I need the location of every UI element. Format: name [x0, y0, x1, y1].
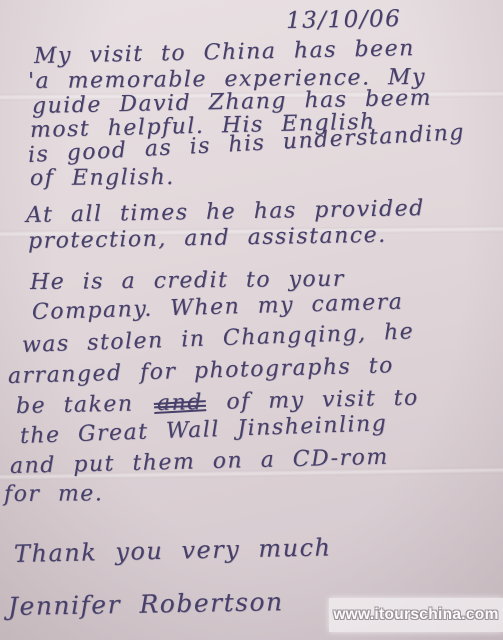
handwritten-line: was stolen in Changqing, he [22, 319, 415, 358]
letter-date: 13/10/06 [286, 6, 402, 34]
handwritten-line: for me. [4, 481, 103, 507]
handwritten-line: arranged for photographs to [8, 353, 394, 389]
handwritten-line: of English. [30, 165, 175, 191]
crossed-out-word-text: and [157, 390, 203, 416]
line-text-after-strike: of my visit to [226, 386, 419, 415]
line-text-before-strike: be taken [16, 392, 134, 419]
handwritten-line: He is a credit to your [30, 267, 345, 295]
handwritten-line: Company. When my camera [32, 290, 404, 325]
watermark-band: www.itourschina.com [329, 598, 503, 632]
signature: Jennifer Robertson [8, 587, 284, 621]
handwritten-line: protection, and assistance. [28, 223, 387, 254]
handwritten-line: and put them on a CD-rom [10, 445, 389, 479]
handwritten-line: My visit to China has been [34, 36, 415, 69]
crossed-out-word: and [157, 390, 203, 416]
letter-photo: 13/10/06 My visit to China has been 'a m… [0, 0, 503, 640]
watermark-text: www.itourschina.com [333, 606, 498, 624]
closing-line: Thank you very much [14, 533, 332, 568]
